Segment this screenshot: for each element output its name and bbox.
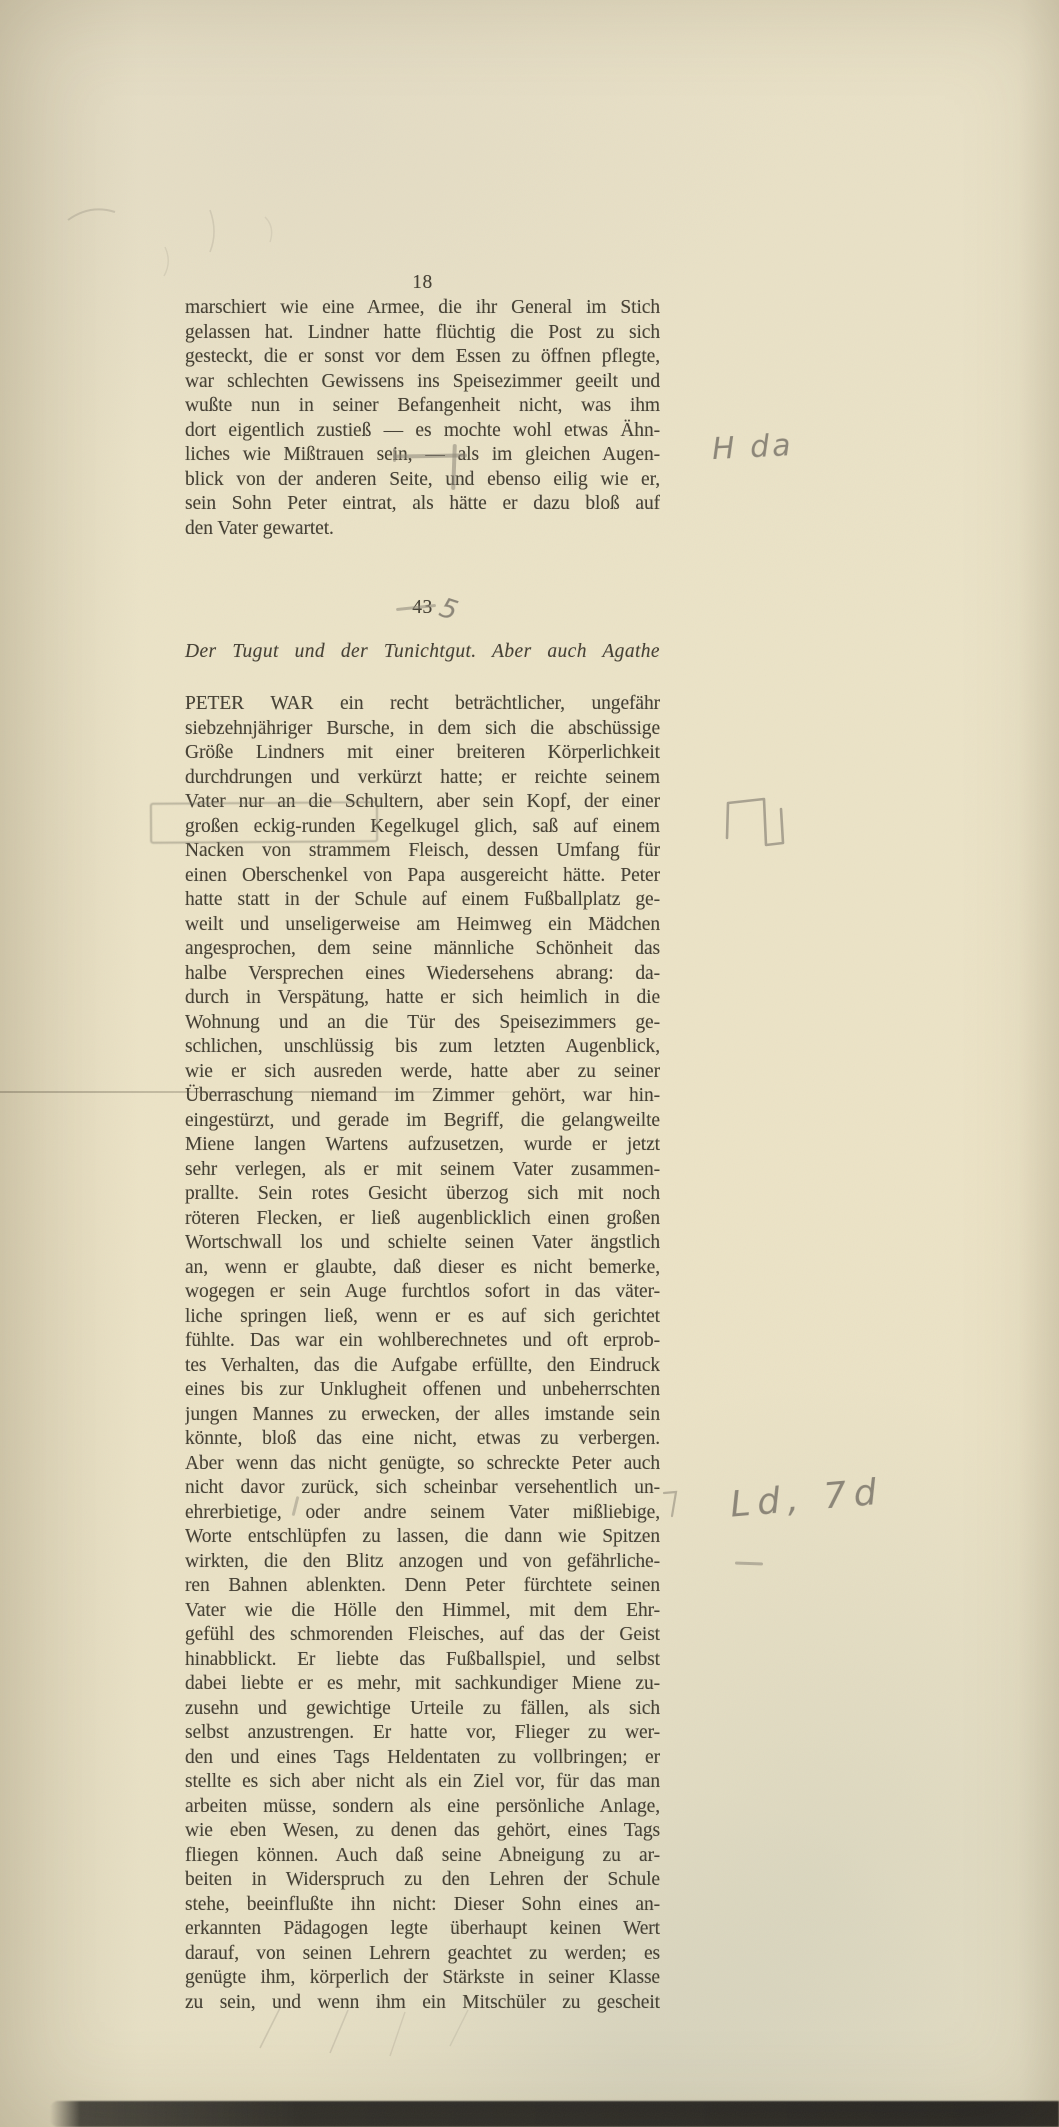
page-vignette	[0, 0, 1059, 2127]
scanned-book-page: 18 marschiert wie eine Armee, die ihr Ge…	[0, 0, 1059, 2127]
